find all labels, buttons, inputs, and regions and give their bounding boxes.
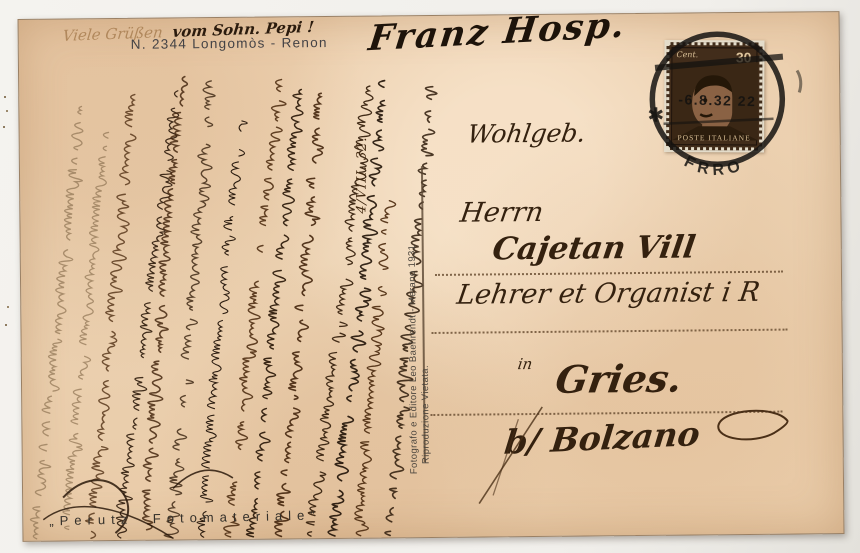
postmark-star-icon: ✱ [647,105,664,127]
handwriting-stroke [353,200,396,536]
address-dotted-line-1 [435,271,783,276]
printed-card-title: N. 2344 Longomòs - Renon [131,35,328,52]
address-dotted-line-3 [430,411,782,416]
handwriting-stroke [222,79,288,538]
address-name: Cajetan Vill [490,229,698,267]
handwritten-message-kurrent [19,16,454,553]
handwriting-stroke [113,90,184,539]
handwriting-stroke [246,88,306,537]
bottom-brand-line: „Perutz Fotomateriale“ [49,507,321,528]
address-salutation: Herrn [458,197,545,229]
postmark-bottom-text: FRRO [681,153,747,180]
address-city: Gries. [553,356,685,402]
postage-stamp: Cent. 30 POSTE ITALIANE [664,40,764,152]
address-near-city: b/ Bolzano [502,414,701,462]
svg-text:FRRO: FRRO [681,153,747,180]
handwriting-stroke [273,93,331,538]
scanned-postcard-photo: Viele Grüßenvom Sohn. Pepi ! N. 2344 Lon… [0,0,860,553]
handwriting-stroke [137,76,189,530]
stamp-currency-label: Cent. [676,50,698,59]
handwriting-stroke [195,98,249,537]
stamp-country-text: POSTE ITALIANE [672,133,756,142]
address-in-word: in [517,355,534,373]
king-portrait-icon [672,62,758,140]
publisher-credit-line1: Fotografo e Editore Leo Baehrendt - Mera… [407,245,420,475]
stamp-frame: Cent. 30 POSTE ITALIANE [666,42,762,150]
postcard-back: Viele Grüßenvom Sohn. Pepi ! N. 2344 Lon… [18,11,845,542]
addressee-name-top: Franz Hosp. [366,4,628,59]
message-date: 4/VIII. 32. [354,135,370,214]
stray-pencil-specks [4,96,6,98]
handwriting-flourish [173,470,233,489]
handwriting-stroke [164,80,219,538]
handwriting-stroke [29,94,91,540]
handwriting-stroke [59,132,115,530]
stamp-inner-frame: Cent. 30 POSTE ITALIANE [671,47,757,145]
handwriting-stroke [83,94,144,539]
address-dotted-line-2 [432,329,788,334]
address-title-line: Lehrer et Organist i R [455,277,762,311]
address-honorific: Wohlgeb. [465,118,587,148]
